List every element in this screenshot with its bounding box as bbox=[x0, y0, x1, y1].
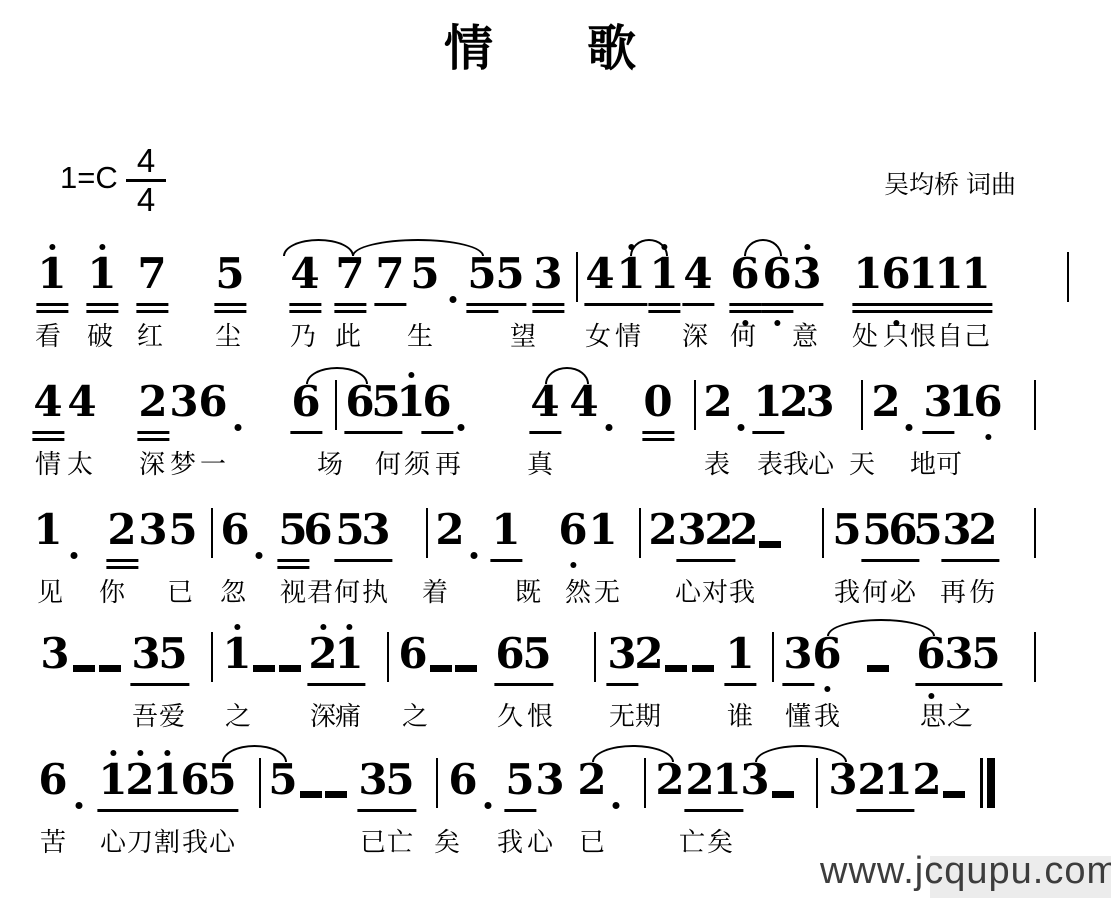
note-5: 5 bbox=[467, 252, 496, 296]
lyric-char: 谁 bbox=[727, 696, 753, 733]
lyric-char: 亡 bbox=[387, 822, 413, 859]
song-title: 情歌 bbox=[444, 10, 730, 80]
note-1: 1 bbox=[491, 508, 520, 552]
note-4: 4 bbox=[67, 380, 96, 424]
lyric-char: 思 bbox=[920, 696, 946, 733]
barline bbox=[694, 380, 696, 430]
octave-up-dot bbox=[49, 244, 55, 250]
note-underline bbox=[529, 431, 561, 434]
note-3: 3 bbox=[677, 508, 706, 552]
lyric-char: 然 bbox=[565, 572, 591, 609]
lyric-char: 期 bbox=[635, 696, 661, 733]
lyric-char: 真 bbox=[527, 444, 553, 481]
lyric-char: 之 bbox=[402, 696, 428, 733]
lyric-char: 已 bbox=[579, 822, 605, 859]
note-underline bbox=[615, 303, 647, 306]
duration-dot bbox=[256, 552, 263, 559]
note-2: 2 bbox=[685, 758, 714, 802]
note-3: 3 bbox=[607, 632, 636, 676]
note-5: 5 bbox=[410, 252, 439, 296]
note-1: 1 bbox=[725, 632, 754, 676]
note-underline bbox=[682, 303, 714, 306]
note-underline bbox=[752, 431, 784, 434]
note-underline bbox=[333, 683, 365, 686]
duration-dash bbox=[867, 665, 889, 672]
note-6: 6 bbox=[916, 632, 945, 676]
lyric-char: 表 bbox=[757, 444, 783, 481]
note-underline bbox=[532, 303, 564, 306]
lyric-char: 我 bbox=[814, 696, 840, 733]
note-6: 6 bbox=[730, 252, 759, 296]
lyric-char: 见 bbox=[37, 572, 63, 609]
duration-dot bbox=[71, 552, 78, 559]
note-underline bbox=[967, 559, 999, 562]
note-underline bbox=[882, 809, 914, 812]
lyric-char: 心 bbox=[527, 822, 553, 859]
octave-down-dot bbox=[570, 562, 576, 568]
note-underline bbox=[86, 303, 118, 306]
lyric-char: 望 bbox=[510, 316, 536, 353]
note-1: 1 bbox=[753, 380, 782, 424]
lyric-char: 之 bbox=[947, 696, 973, 733]
note-underline bbox=[642, 438, 674, 441]
note-underline bbox=[494, 303, 526, 306]
lyric-char: 视 bbox=[280, 572, 306, 609]
note-underline bbox=[106, 566, 138, 569]
note-underline bbox=[703, 559, 735, 562]
lyric-char: 之 bbox=[225, 696, 251, 733]
note-underline bbox=[289, 303, 321, 306]
lyric-char: 女 bbox=[585, 316, 611, 353]
note-underline bbox=[214, 310, 246, 313]
barline bbox=[576, 252, 578, 302]
lyric-char: 对 bbox=[702, 572, 728, 609]
octave-down-dot bbox=[985, 434, 991, 440]
note-5: 5 bbox=[913, 508, 942, 552]
key-signature: 1=C bbox=[60, 160, 118, 196]
composer-credit: 吴均桥 词曲 bbox=[884, 165, 1016, 201]
note-5: 5 bbox=[832, 508, 861, 552]
lyric-char: 苦 bbox=[40, 822, 66, 859]
time-signature-numerator: 4 bbox=[126, 143, 166, 179]
lyric-char: 一 bbox=[200, 444, 226, 481]
duration-dash bbox=[772, 791, 794, 798]
lyric-char: 我 bbox=[182, 822, 208, 859]
note-underline bbox=[277, 566, 309, 569]
note-6: 6 bbox=[762, 252, 791, 296]
lyric-char: 尘 bbox=[215, 316, 241, 353]
lyric-char: 恨 bbox=[910, 316, 936, 353]
note-underline bbox=[642, 431, 674, 434]
barline bbox=[861, 380, 863, 430]
note-1: 1 bbox=[87, 252, 116, 296]
note-6: 6 bbox=[812, 632, 841, 676]
note-6: 6 bbox=[180, 758, 209, 802]
lyric-char: 已 bbox=[167, 572, 193, 609]
note-underline bbox=[648, 310, 680, 313]
note-2: 2 bbox=[912, 758, 941, 802]
duration-dash bbox=[73, 665, 95, 672]
note-underline bbox=[334, 310, 366, 313]
note-6: 6 bbox=[38, 758, 67, 802]
note-3: 3 bbox=[169, 380, 198, 424]
lyric-char: 处 bbox=[852, 316, 878, 353]
lyric-char: 既 bbox=[515, 572, 541, 609]
note-6: 6 bbox=[448, 758, 477, 802]
note-underline bbox=[724, 683, 756, 686]
note-2: 2 bbox=[648, 508, 677, 552]
barline bbox=[1034, 632, 1036, 682]
lyric-char: 我 bbox=[729, 572, 755, 609]
lyric-char: 我 bbox=[834, 572, 860, 609]
note-1: 1 bbox=[934, 252, 963, 296]
note-underline bbox=[360, 559, 392, 562]
lyric-char: 无 bbox=[594, 572, 620, 609]
octave-down-dot bbox=[774, 320, 780, 326]
duration-dash bbox=[325, 791, 347, 798]
note-2: 2 bbox=[857, 758, 886, 802]
barline bbox=[1067, 252, 1069, 302]
note-5: 5 bbox=[522, 632, 551, 676]
note-underline bbox=[277, 559, 309, 562]
note-5: 5 bbox=[335, 508, 364, 552]
note-4: 4 bbox=[290, 252, 319, 296]
lyric-char: 自 bbox=[937, 316, 963, 353]
octave-up-dot bbox=[661, 244, 667, 250]
note-underline bbox=[466, 310, 498, 313]
lyric-char: 此 bbox=[335, 316, 361, 353]
note-2: 2 bbox=[703, 380, 732, 424]
octave-up-dot bbox=[110, 750, 116, 756]
lyric-char: 痛 bbox=[335, 696, 361, 733]
note-underline bbox=[36, 310, 68, 313]
octave-up-dot bbox=[99, 244, 105, 250]
note-6: 6 bbox=[398, 632, 427, 676]
final-barline bbox=[980, 758, 995, 808]
time-signature-denominator: 4 bbox=[126, 179, 166, 218]
duration-dot bbox=[485, 802, 492, 809]
duration-dot bbox=[613, 802, 620, 809]
lyric-char: 久 bbox=[497, 696, 523, 733]
note-2: 2 bbox=[125, 758, 154, 802]
octave-up-dot bbox=[234, 624, 240, 630]
note-1: 1 bbox=[396, 380, 425, 424]
note-underline bbox=[136, 303, 168, 306]
note-underline bbox=[532, 310, 564, 313]
note-underline bbox=[32, 431, 64, 434]
note-1: 1 bbox=[334, 632, 363, 676]
note-underline bbox=[374, 303, 406, 306]
lyric-char: 心 bbox=[808, 444, 834, 481]
duration-dot bbox=[606, 424, 613, 431]
lyric-char: 太 bbox=[67, 444, 93, 481]
note-underline bbox=[761, 310, 793, 313]
note-underline bbox=[711, 809, 743, 812]
note-underline bbox=[289, 310, 321, 313]
note-5: 5 bbox=[495, 252, 524, 296]
note-5: 5 bbox=[168, 508, 197, 552]
note-3: 3 bbox=[740, 758, 769, 802]
note-3: 3 bbox=[792, 252, 821, 296]
octave-down-dot bbox=[824, 686, 830, 692]
lyric-char: 何 bbox=[862, 572, 888, 609]
lyric-char: 必 bbox=[890, 572, 916, 609]
note-1: 1 bbox=[37, 252, 66, 296]
lyric-char: 红 bbox=[137, 316, 163, 353]
lyric-char: 心 bbox=[100, 822, 126, 859]
note-2: 2 bbox=[871, 380, 900, 424]
note-3: 3 bbox=[358, 758, 387, 802]
lyric-char: 何 bbox=[730, 316, 756, 353]
duration-dash bbox=[665, 665, 687, 672]
duration-dot bbox=[76, 802, 83, 809]
lyric-char: 深 bbox=[139, 444, 165, 481]
octave-up-dot bbox=[137, 750, 143, 756]
note-underline bbox=[106, 559, 138, 562]
note-3: 3 bbox=[828, 758, 857, 802]
note-underline bbox=[370, 431, 402, 434]
note-underline bbox=[584, 303, 616, 306]
note-1: 1 bbox=[908, 252, 937, 296]
note-6: 6 bbox=[422, 380, 451, 424]
note-underline bbox=[421, 431, 453, 434]
lyric-char: 刀 bbox=[127, 822, 153, 859]
note-1: 1 bbox=[98, 758, 127, 802]
lyric-char: 无 bbox=[609, 696, 635, 733]
lyric-char: 深 bbox=[682, 316, 708, 353]
lyric-char: 何 bbox=[375, 444, 401, 481]
lyric-char: 你 bbox=[99, 572, 125, 609]
note-underline bbox=[137, 431, 169, 434]
note-2: 2 bbox=[968, 508, 997, 552]
note-2: 2 bbox=[107, 508, 136, 552]
note-6: 6 bbox=[973, 380, 1002, 424]
note-7: 7 bbox=[375, 252, 404, 296]
score-line-4: 33512166532136635吾爱之深痛之久恨无期谁懂我思之 bbox=[0, 620, 1111, 750]
lyric-char: 表 bbox=[704, 444, 730, 481]
lyric-char: 我 bbox=[783, 444, 809, 481]
barline bbox=[436, 758, 438, 808]
note-underline bbox=[214, 303, 246, 306]
lyric-char: 情 bbox=[35, 444, 61, 481]
barline bbox=[1034, 380, 1036, 430]
note-underline bbox=[970, 683, 1002, 686]
duration-dot bbox=[235, 424, 242, 431]
barline bbox=[1034, 508, 1036, 558]
note-1: 1 bbox=[883, 758, 912, 802]
note-underline bbox=[761, 303, 793, 306]
note-5: 5 bbox=[207, 758, 236, 802]
note-2: 2 bbox=[577, 758, 606, 802]
lyric-char: 矣 bbox=[707, 822, 733, 859]
note-0: 0 bbox=[643, 380, 672, 424]
note-6: 6 bbox=[558, 508, 587, 552]
duration-dash bbox=[253, 665, 275, 672]
note-3: 3 bbox=[805, 380, 834, 424]
note-6: 6 bbox=[881, 252, 910, 296]
duration-dash bbox=[455, 665, 477, 672]
lyric-char: 再 bbox=[940, 572, 966, 609]
barline bbox=[387, 632, 389, 682]
duration-dot bbox=[458, 424, 465, 431]
note-underline bbox=[521, 683, 553, 686]
duration-dot bbox=[738, 424, 745, 431]
note-underline bbox=[490, 559, 522, 562]
note-1: 1 bbox=[222, 632, 251, 676]
lyric-char: 执 bbox=[362, 572, 388, 609]
barline bbox=[639, 508, 641, 558]
barline bbox=[644, 758, 646, 808]
score-line-2: 442366651644021232316情太深梦一场何须再真表表我心天地可 bbox=[0, 368, 1111, 498]
note-5: 5 bbox=[158, 632, 187, 676]
lyric-char: 再 bbox=[435, 444, 461, 481]
lyric-char: 乃 bbox=[290, 316, 316, 353]
note-5: 5 bbox=[268, 758, 297, 802]
note-1: 1 bbox=[33, 508, 62, 552]
lyric-char: 割 bbox=[154, 822, 180, 859]
note-underline bbox=[137, 438, 169, 441]
lyric-char: 着 bbox=[422, 572, 448, 609]
watermark-text: www.jcqupu.com bbox=[820, 850, 1111, 893]
note-2: 2 bbox=[779, 380, 808, 424]
note-5: 5 bbox=[385, 758, 414, 802]
note-underline bbox=[290, 431, 322, 434]
lyric-char: 己 bbox=[964, 316, 990, 353]
lyric-char: 君 bbox=[307, 572, 333, 609]
lyric-char: 矣 bbox=[434, 822, 460, 859]
note-underline bbox=[782, 683, 814, 686]
note-underline bbox=[36, 303, 68, 306]
lyric-char: 心 bbox=[209, 822, 235, 859]
lyric-char: 心 bbox=[675, 572, 701, 609]
lyric-char: 深 bbox=[310, 696, 336, 733]
note-3: 3 bbox=[40, 632, 69, 676]
note-1: 1 bbox=[961, 252, 990, 296]
note-5: 5 bbox=[971, 632, 1000, 676]
note-1: 1 bbox=[588, 508, 617, 552]
note-3: 3 bbox=[942, 508, 971, 552]
note-1: 1 bbox=[712, 758, 741, 802]
note-1: 1 bbox=[152, 758, 181, 802]
note-1: 1 bbox=[616, 252, 645, 296]
note-underline bbox=[206, 809, 238, 812]
note-5: 5 bbox=[862, 508, 891, 552]
barline bbox=[816, 758, 818, 808]
note-2: 2 bbox=[655, 758, 684, 802]
lyric-char: 情 bbox=[615, 316, 641, 353]
note-underline bbox=[887, 559, 919, 562]
note-underline bbox=[32, 438, 64, 441]
octave-up-dot bbox=[628, 244, 634, 250]
note-underline bbox=[729, 310, 761, 313]
lyric-char: 吾 bbox=[132, 696, 158, 733]
note-6: 6 bbox=[291, 380, 320, 424]
note-underline bbox=[136, 310, 168, 313]
duration-dash bbox=[99, 665, 121, 672]
lyric-char: 何 bbox=[334, 572, 360, 609]
barline bbox=[211, 508, 213, 558]
note-underline bbox=[960, 303, 992, 306]
barline bbox=[822, 508, 824, 558]
note-3: 3 bbox=[783, 632, 812, 676]
note-underline bbox=[791, 303, 823, 306]
lyric-char: 看 bbox=[35, 316, 61, 353]
note-underline bbox=[504, 809, 536, 812]
duration-dot bbox=[906, 424, 913, 431]
note-2: 2 bbox=[138, 380, 167, 424]
lyric-char: 爱 bbox=[159, 696, 185, 733]
lyric-char: 天 bbox=[849, 444, 875, 481]
octave-up-dot bbox=[346, 624, 352, 630]
note-underline bbox=[86, 310, 118, 313]
note-4: 4 bbox=[530, 380, 559, 424]
note-2: 2 bbox=[308, 632, 337, 676]
barline bbox=[211, 632, 213, 682]
barline bbox=[772, 632, 774, 682]
note-underline bbox=[384, 809, 416, 812]
lyric-char: 恨 bbox=[527, 696, 553, 733]
lyric-char: 须 bbox=[404, 444, 430, 481]
note-4: 4 bbox=[569, 380, 598, 424]
note-5: 5 bbox=[215, 252, 244, 296]
time-signature: 4 4 bbox=[126, 143, 166, 218]
note-6: 6 bbox=[198, 380, 227, 424]
lyric-char: 亡 bbox=[679, 822, 705, 859]
lyric-char: 懂 bbox=[785, 696, 811, 733]
lyric-char: 生 bbox=[407, 316, 433, 353]
note-6: 6 bbox=[495, 632, 524, 676]
note-2: 2 bbox=[435, 508, 464, 552]
note-6: 6 bbox=[303, 508, 332, 552]
lyric-char: 可 bbox=[936, 444, 962, 481]
note-2: 2 bbox=[729, 508, 758, 552]
barline bbox=[594, 632, 596, 682]
duration-dash bbox=[692, 665, 714, 672]
lyric-char: 场 bbox=[317, 444, 343, 481]
lyric-char: 已 bbox=[360, 822, 386, 859]
note-underline bbox=[729, 303, 761, 306]
lyric-char: 破 bbox=[87, 316, 113, 353]
note-4: 4 bbox=[683, 252, 712, 296]
note-underline bbox=[334, 303, 366, 306]
score-line-1: 11754775553411466316111看破红尘乃此生望女情深何意处只恨自… bbox=[0, 240, 1111, 370]
note-3: 3 bbox=[131, 632, 160, 676]
duration-dot bbox=[450, 296, 457, 303]
note-underline bbox=[157, 683, 189, 686]
lyric-char: 只 bbox=[883, 316, 909, 353]
note-underline bbox=[922, 431, 954, 434]
note-6: 6 bbox=[345, 380, 374, 424]
note-underline bbox=[648, 303, 680, 306]
octave-up-dot bbox=[408, 372, 414, 378]
barline bbox=[426, 508, 428, 558]
note-3: 3 bbox=[361, 508, 390, 552]
octave-up-dot bbox=[164, 750, 170, 756]
note-3: 3 bbox=[533, 252, 562, 296]
note-2: 2 bbox=[634, 632, 663, 676]
note-7: 7 bbox=[335, 252, 364, 296]
note-3: 3 bbox=[138, 508, 167, 552]
note-1: 1 bbox=[649, 252, 678, 296]
note-3: 3 bbox=[535, 758, 564, 802]
sheet-music-page: 情歌 1=C 4 4 吴均桥 词曲 1175477555341146631611… bbox=[0, 0, 1111, 898]
duration-dash bbox=[430, 665, 452, 672]
lyric-char: 地 bbox=[910, 444, 936, 481]
score-line-3: 12356565321612322556532见你已忽视君何执着既然无心对我我何… bbox=[0, 496, 1111, 626]
note-underline bbox=[960, 310, 992, 313]
octave-up-dot bbox=[804, 244, 810, 250]
note-3: 3 bbox=[944, 632, 973, 676]
